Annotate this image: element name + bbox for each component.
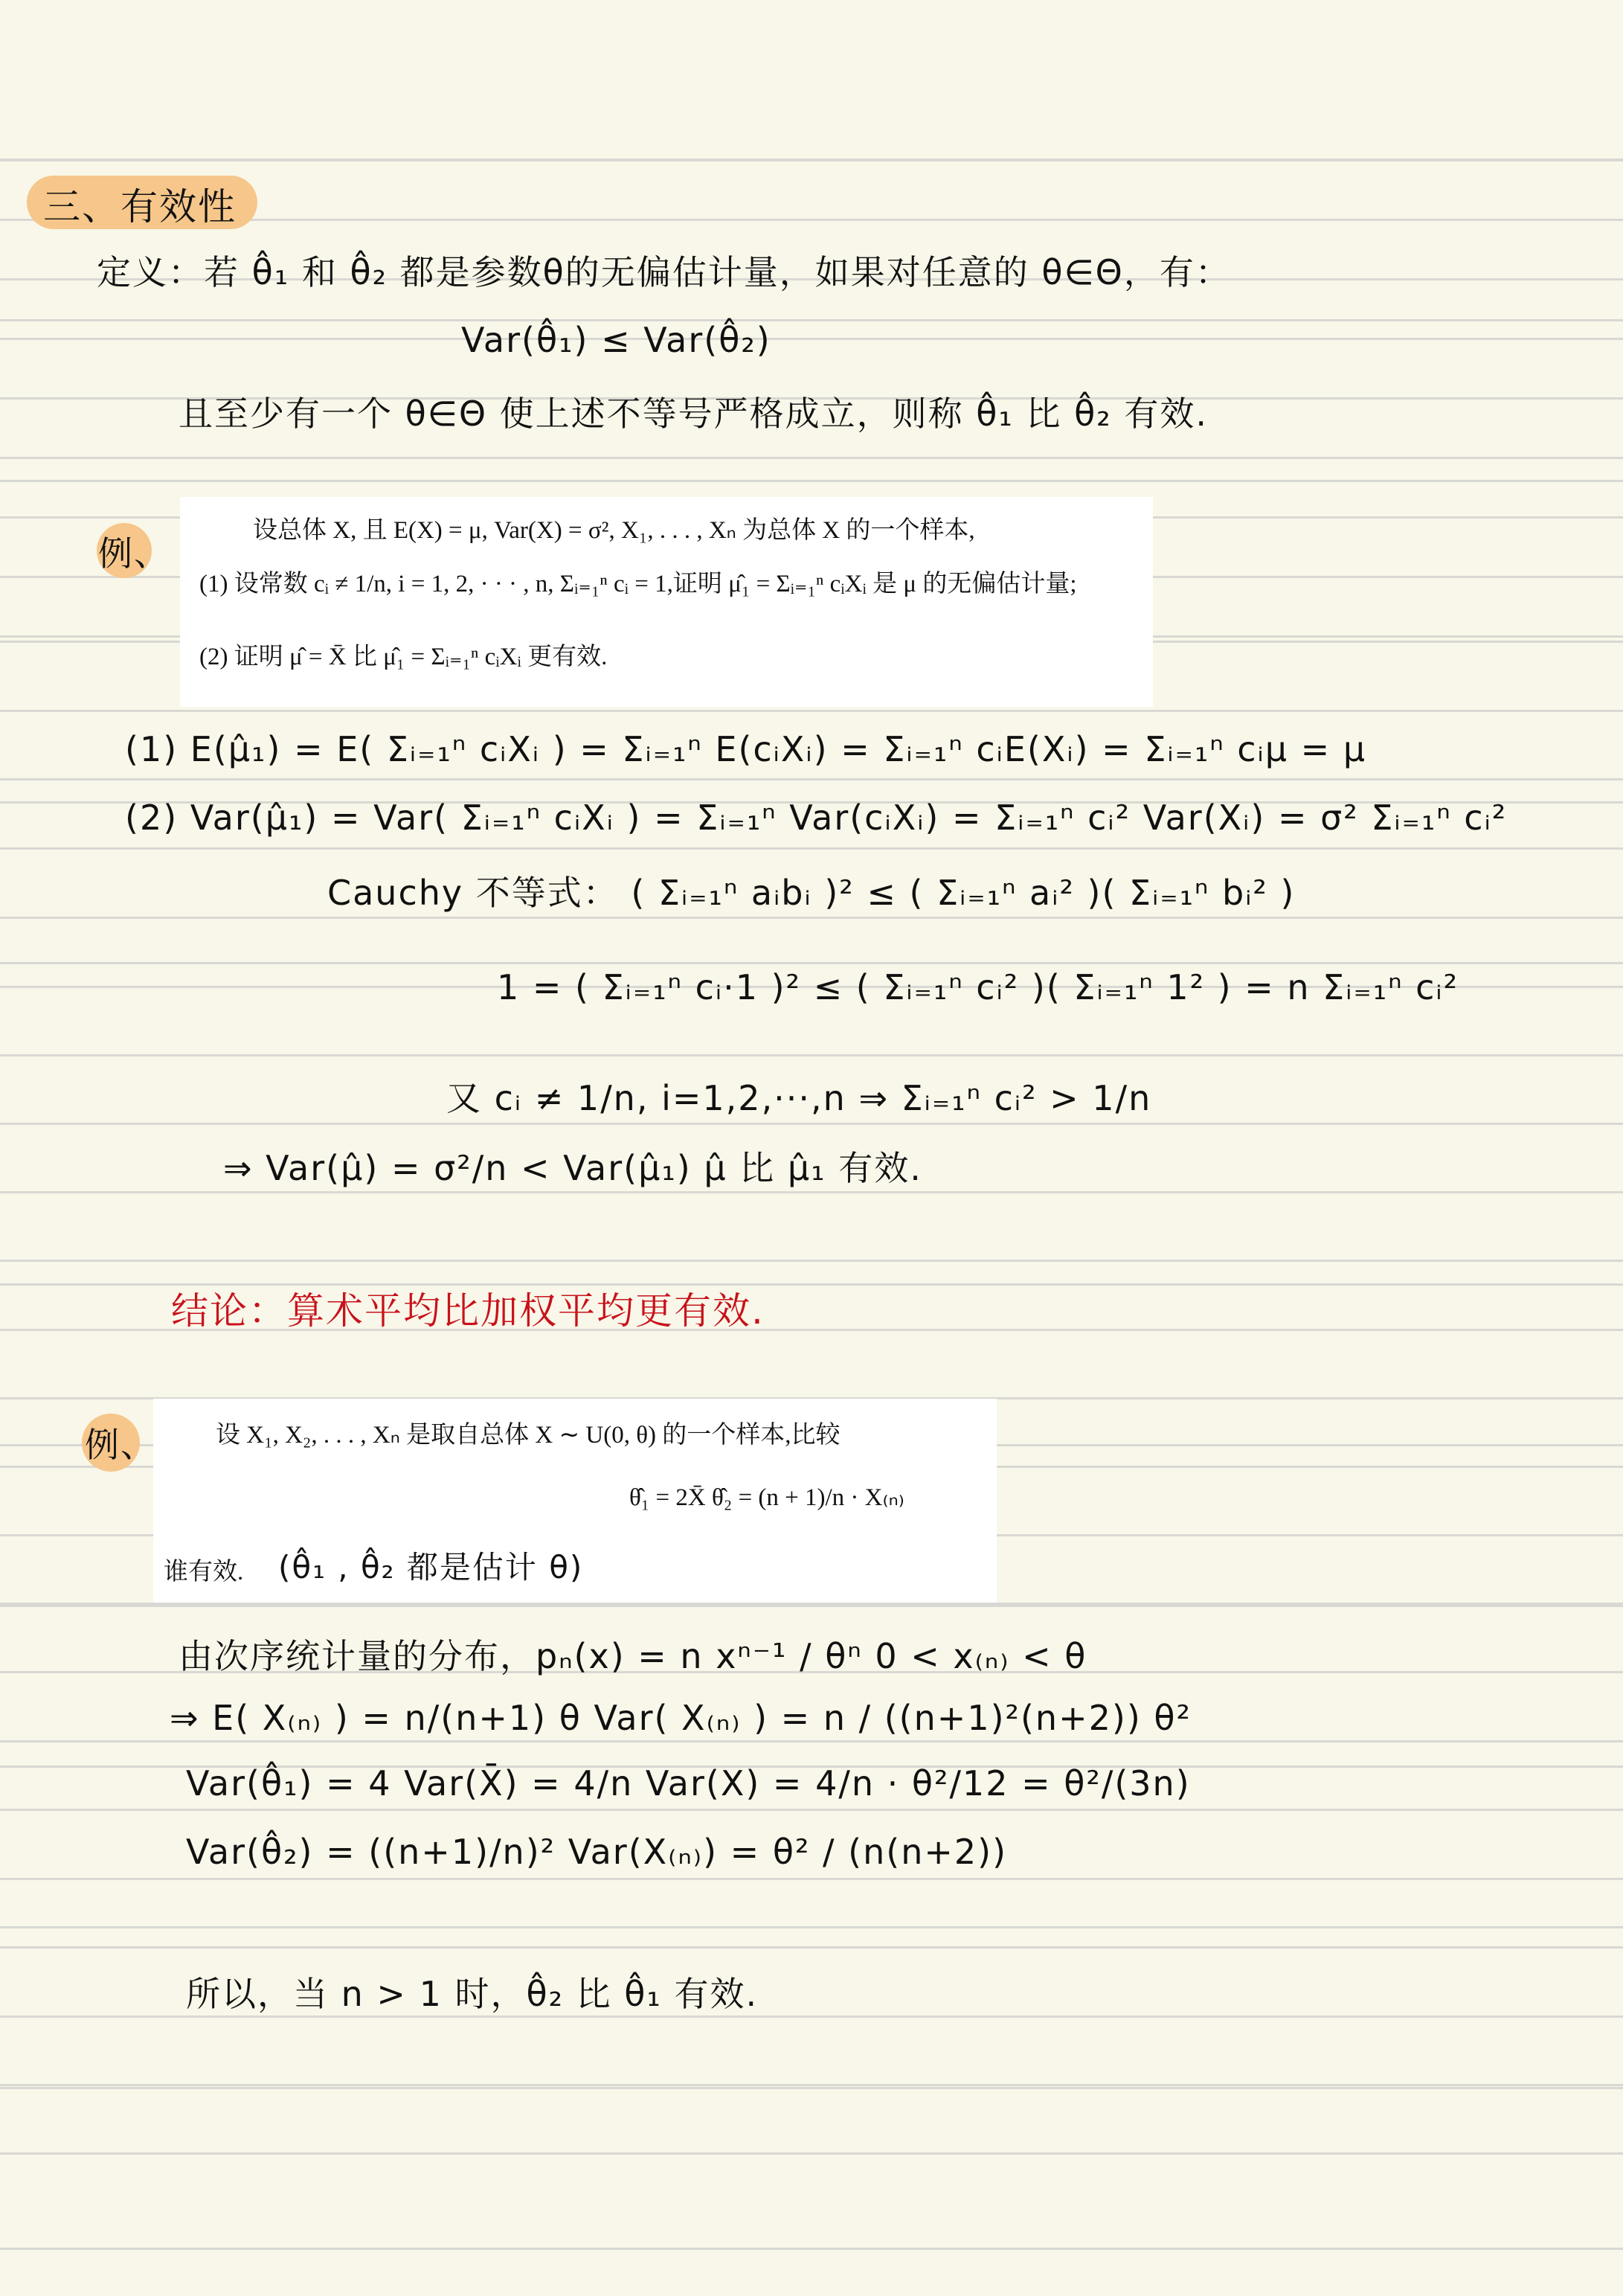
- rule-line: [0, 917, 1623, 919]
- rule-line: [0, 2152, 1623, 2155]
- rule-line: [0, 457, 1623, 459]
- rule-line: [0, 1260, 1623, 1262]
- rule-line: [0, 338, 1623, 340]
- rule-line: [0, 1054, 1623, 1056]
- example-2-problem-line-3: 谁有效.: [164, 1552, 243, 1587]
- example-1-cauchy-applied: 1 = ( Σᵢ₌₁ⁿ cᵢ·1 )² ≤ ( Σᵢ₌₁ⁿ cᵢ² )( Σᵢ₌…: [497, 967, 1459, 1007]
- section-title: 三、有效性: [43, 177, 237, 231]
- example-1-constraint: 又 cᵢ ≠ 1/n, i=1,2,···,n ⇒ Σᵢ₌₁ⁿ cᵢ² > 1/…: [446, 1071, 1151, 1120]
- example-2-solution-step-2: ⇒ E( X₍ₙ₎ ) = n/(n+1) θ Var( X₍ₙ₎ ) = n …: [170, 1698, 1192, 1738]
- rule-line: [0, 1946, 1623, 1949]
- definition-inequality: Var(θ̂₁) ≤ Var(θ̂₂): [461, 320, 771, 360]
- example-2-solution-step-1: 由次序统计量的分布，pₙ(x) = n xⁿ⁻¹ / θⁿ 0 < x₍ₙ₎ <…: [179, 1629, 1087, 1678]
- example-1-conclusion: 结论：算术平均比加权平均更有效.: [171, 1281, 765, 1335]
- example-2-problem-line-1: 设 X₁, X₂, . . . , Xₙ 是取自总体 X ∼ U(0, θ) 的…: [216, 1415, 841, 1450]
- example-1-problem-line-1: 设总体 X, 且 E(X) = μ, Var(X) = σ², X₁, . . …: [253, 510, 975, 545]
- example-2-badge: 例、: [85, 1418, 156, 1467]
- example-2-problem-box: 设 X₁, X₂, . . . , Xₙ 是取自总体 X ∼ U(0, θ) 的…: [153, 1399, 997, 1603]
- example-1-result: ⇒ Var(μ̂) = σ²/n < Var(μ̂₁) μ̂ 比 μ̂₁ 有效.: [223, 1141, 922, 1190]
- example-1-solution-step-1: (1) E(μ̂₁) = E( Σᵢ₌₁ⁿ cᵢXᵢ ) = Σᵢ₌₁ⁿ E(c…: [125, 729, 1366, 769]
- rule-line: [0, 847, 1623, 850]
- example-1-problem-line-3: (2) 证明 μ̂ = X̄ 比 μ̂₁ = Σᵢ₌₁ⁿ cᵢXᵢ 更有效.: [199, 637, 607, 672]
- rule-line: [0, 710, 1623, 712]
- rule-line: [0, 1123, 1623, 1125]
- example-1-problem-line-2: (1) 设常数 cᵢ ≠ 1/n, i = 1, 2, · · · , n, Σ…: [199, 564, 1077, 599]
- example-1-problem-box: 设总体 X, 且 E(X) = μ, Var(X) = σ², X₁, . . …: [180, 497, 1153, 707]
- example-2-conclusion: 所以，当 n > 1 时，θ̂₂ 比 θ̂₁ 有效.: [186, 1967, 758, 2016]
- rule-line: [0, 1603, 1623, 1605]
- example-2-solution-step-4: Var(θ̂₂) = ((n+1)/n)² Var(X₍ₙ₎) = θ² / (…: [186, 1832, 1007, 1872]
- example-2-handwritten-note: (θ̂₁ , θ̂₂ 都是估计 θ): [278, 1543, 583, 1588]
- rule-line: [0, 1740, 1623, 1742]
- definition-line-2: 且至少有一个 θ∈Θ 使上述不等号严格成立，则称 θ̂₁ 比 θ̂₂ 有效.: [179, 387, 1208, 436]
- example-2-estimators: θ̂₁ = 2X̄ θ̂₂ = (n + 1)/n · X₍ₙ₎: [629, 1482, 904, 1512]
- rule-line: [0, 2084, 1623, 2086]
- example-1-solution-step-2: (2) Var(μ̂₁) = Var( Σᵢ₌₁ⁿ cᵢXᵢ ) = Σᵢ₌₁ⁿ…: [125, 798, 1507, 838]
- rule-line: [0, 1191, 1623, 1193]
- rule-line: [0, 1809, 1623, 1811]
- rule-line: [0, 778, 1623, 780]
- definition-line-1: 定义：若 θ̂₁ 和 θ̂₂ 都是参数θ的无偏估计量，如果对任意的 θ∈Θ，有：: [97, 246, 1231, 295]
- example-1-badge: 例、: [98, 527, 170, 576]
- example-2-solution-step-3: Var(θ̂₁) = 4 Var(X̄) = 4/n Var(X) = 4/n …: [186, 1763, 1191, 1803]
- rule-line: [0, 159, 1623, 161]
- example-1-cauchy-inequality: Cauchy 不等式： ( Σᵢ₌₁ⁿ aᵢbᵢ )² ≤ ( Σᵢ₌₁ⁿ aᵢ…: [327, 866, 1295, 915]
- rule-line: [0, 1878, 1623, 1880]
